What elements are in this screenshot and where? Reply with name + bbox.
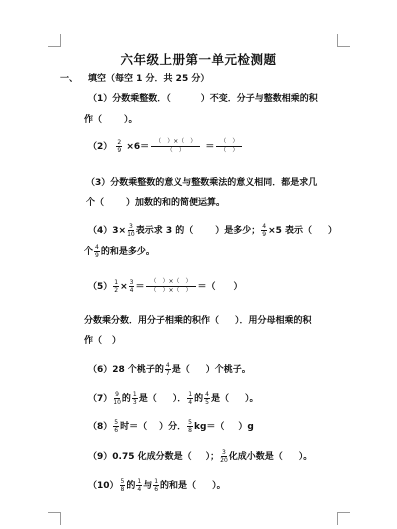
fraction: 310 — [127, 223, 135, 238]
text-segment: （6）28 个桃子的 — [88, 365, 164, 375]
text-segment: 是（ — [139, 394, 157, 404]
text-segment: 作（ — [84, 336, 102, 346]
text-segment: 5 — [120, 478, 126, 486]
text-segment: 是（ — [172, 365, 190, 375]
text-segment: 的和是多少。 — [101, 247, 155, 257]
text-segment: 1 — [153, 478, 159, 486]
text-segment: 4 — [130, 287, 134, 294]
text-segment: 3 — [133, 399, 137, 406]
text-segment: ）．用分母相乘的积 — [235, 316, 312, 326]
text-segment: ）加数的和的简便运算。 — [126, 198, 225, 208]
question-4-line-2: 个49的和是多少。 — [84, 244, 155, 259]
text-segment: 1 — [187, 391, 193, 399]
fraction: 58 — [187, 419, 193, 434]
text-segment: 20 — [220, 457, 228, 464]
text-segment: 10 — [113, 399, 121, 406]
text-segment: 个 — [84, 247, 93, 257]
question-5: （5）12×34＝（ ）×（ ）（ ）×（ ）＝（） — [88, 278, 243, 295]
text-segment: 是（ — [211, 394, 229, 404]
question-2: （2） 29 ×6＝（ ）×（ ）（ ） ＝（ ）（ ） — [88, 138, 244, 155]
rule-line-1: 分数乘分数．用分子相乘的积作（）．用分母相乘的积 — [84, 315, 312, 327]
text-segment: ）。 — [245, 394, 259, 404]
fraction: 12 — [113, 279, 119, 294]
text-segment: ）分． — [159, 422, 186, 432]
text-segment: 4 — [137, 486, 141, 493]
text-segment: 2 — [114, 287, 118, 294]
fraction: 29 — [116, 139, 122, 154]
text-segment: （ ） — [216, 147, 242, 155]
text-segment: ）是多少； — [215, 226, 260, 236]
text-segment: kg＝（ — [194, 422, 224, 432]
rule-line-2: 作（） — [84, 335, 121, 347]
fraction: 49 — [94, 244, 100, 259]
text-segment: 9 — [95, 252, 99, 259]
fraction-blank: （ ）（ ） — [216, 138, 242, 155]
fraction: 56 — [113, 419, 119, 434]
fraction: 320 — [220, 449, 228, 464]
text-segment: ） — [328, 226, 337, 236]
text-segment: （8） — [88, 422, 112, 432]
text-segment: （ ）×（ ） — [146, 278, 195, 287]
text-segment: 3 — [128, 223, 134, 231]
text-segment: ×5 表示（ — [268, 226, 312, 236]
text-segment: （ ） — [163, 147, 189, 155]
text-segment: 4 — [165, 362, 171, 370]
fraction: 49 — [261, 223, 267, 238]
text-segment: 的 — [122, 394, 131, 404]
text-segment: 4 — [261, 223, 267, 231]
text-segment: ）不变．分子与整数相乘的积 — [201, 94, 318, 104]
text-segment: 1 — [132, 391, 138, 399]
fraction: 14 — [187, 391, 193, 406]
text-segment: 1 — [136, 478, 142, 486]
fraction-blank: （ ）×（ ）（ ） — [151, 138, 200, 155]
text-segment: （9）0.75 化成分数是（ — [88, 452, 192, 462]
fraction: 45 — [204, 391, 210, 406]
text-segment: × — [120, 282, 128, 292]
text-segment: 3 — [129, 279, 135, 287]
text-segment: 的和是（ — [160, 481, 196, 491]
text-segment: ＝ — [205, 142, 214, 152]
text-segment: ） — [234, 282, 243, 292]
page-corner-mark-bottom-right — [337, 512, 350, 525]
text-segment: （4）3× — [88, 226, 126, 236]
page-corner-mark-top-left — [48, 34, 61, 47]
question-8: （8）56时＝（）分．58kg＝（）g — [88, 419, 254, 434]
text-segment: 与 — [143, 481, 152, 491]
text-segment: （3）分数乘整数的意义与整数乘法的意义相同．都是求几 — [86, 178, 317, 188]
fraction: 34 — [129, 279, 135, 294]
question-10: （10）58的14与16的和是（）。 — [88, 478, 226, 493]
text-segment: 2 — [116, 139, 122, 147]
fraction: 14 — [136, 478, 142, 493]
text-segment: 5 — [187, 419, 193, 427]
text-segment: 9 — [114, 391, 120, 399]
text-segment: ＝ — [135, 282, 144, 292]
text-segment: 5 — [113, 419, 119, 427]
text-segment: （2） — [88, 142, 112, 152]
text-segment: 4 — [94, 244, 100, 252]
text-segment: 4 — [204, 391, 210, 399]
text-segment: 7 — [166, 370, 170, 377]
question-1-line-1: （1）分数乘整数．（）不变．分子与整数相乘的积 — [88, 93, 318, 105]
fraction: 58 — [120, 478, 126, 493]
document-title: 六年级上册第一单元检测题 — [0, 50, 397, 68]
text-segment: 时＝（ — [120, 422, 147, 432]
question-6: （6）28 个桃子的47是（）个桃子。 — [88, 362, 251, 377]
text-segment: 分数乘分数．用分子相乘的积作（ — [84, 316, 219, 326]
text-segment: 5 — [205, 399, 209, 406]
text-segment: 作（ — [84, 115, 102, 125]
text-segment: ）； — [206, 452, 220, 462]
text-segment: ×6＝ — [126, 142, 149, 152]
text-segment: 的 — [194, 394, 203, 404]
fraction: 910 — [113, 391, 121, 406]
text-segment: （5） — [88, 282, 112, 292]
text-segment: 4 — [188, 399, 192, 406]
text-segment: ） — [112, 336, 121, 346]
question-7: （7）910的13是（）．14的45是（）。 — [88, 391, 258, 406]
fraction: 16 — [153, 478, 159, 493]
text-segment: 8 — [188, 427, 192, 434]
fraction: 47 — [165, 362, 171, 377]
fraction: 13 — [132, 391, 138, 406]
text-segment: （ ）×（ ） — [146, 287, 195, 295]
text-segment: （10） — [88, 481, 119, 491]
question-3-line-1: （3）分数乘整数的意义与整数乘法的意义相同．都是求几 — [86, 177, 317, 189]
text-segment: 个（ — [86, 198, 104, 208]
text-segment: 填空（每空 1 分．共 25 分） — [88, 74, 209, 84]
text-segment: 8 — [121, 486, 125, 493]
question-4-line-1: （4）3×310表示求 3 的（）是多少；49×5 表示（） — [88, 223, 337, 238]
text-segment: 1 — [113, 279, 119, 287]
text-segment: （1）分数乘整数．（ — [88, 94, 171, 104]
question-9: （9）0.75 化成分数是（）；320化成小数是（）。 — [88, 449, 312, 464]
text-segment: 10 — [127, 231, 135, 238]
text-segment: （ ） — [216, 138, 242, 147]
text-segment: 6 — [154, 486, 158, 493]
page-corner-mark-top-right — [337, 34, 350, 47]
text-segment: ＝（ — [198, 282, 216, 292]
text-segment: 9 — [117, 147, 121, 154]
fraction-blank: （ ）×（ ）（ ）×（ ） — [146, 278, 195, 295]
text-segment: 化成小数是（ — [229, 452, 283, 462]
question-1-line-2: 作（）。 — [84, 114, 138, 126]
text-segment: 3 — [221, 449, 227, 457]
text-segment: （ ）×（ ） — [151, 138, 200, 147]
text-segment: ）． — [173, 394, 187, 404]
text-segment: 6 — [114, 427, 118, 434]
text-segment: 的 — [126, 481, 135, 491]
text-segment: ）。 — [212, 481, 226, 491]
page-corner-mark-bottom-left — [48, 512, 61, 525]
text-segment: 9 — [262, 231, 266, 238]
text-segment: ）个桃子。 — [206, 365, 251, 375]
text-segment: ）g — [238, 422, 253, 432]
text-segment: 一、 — [60, 74, 78, 84]
text-segment: 表示求 3 的（ — [136, 226, 194, 236]
text-segment: ）。 — [299, 452, 313, 462]
text-segment: ）。 — [124, 115, 138, 125]
text-segment: （7） — [88, 394, 112, 404]
section-heading: 一、填空（每空 1 分．共 25 分） — [60, 73, 209, 85]
question-3-line-2: 个（）加数的和的简便运算。 — [86, 197, 225, 209]
